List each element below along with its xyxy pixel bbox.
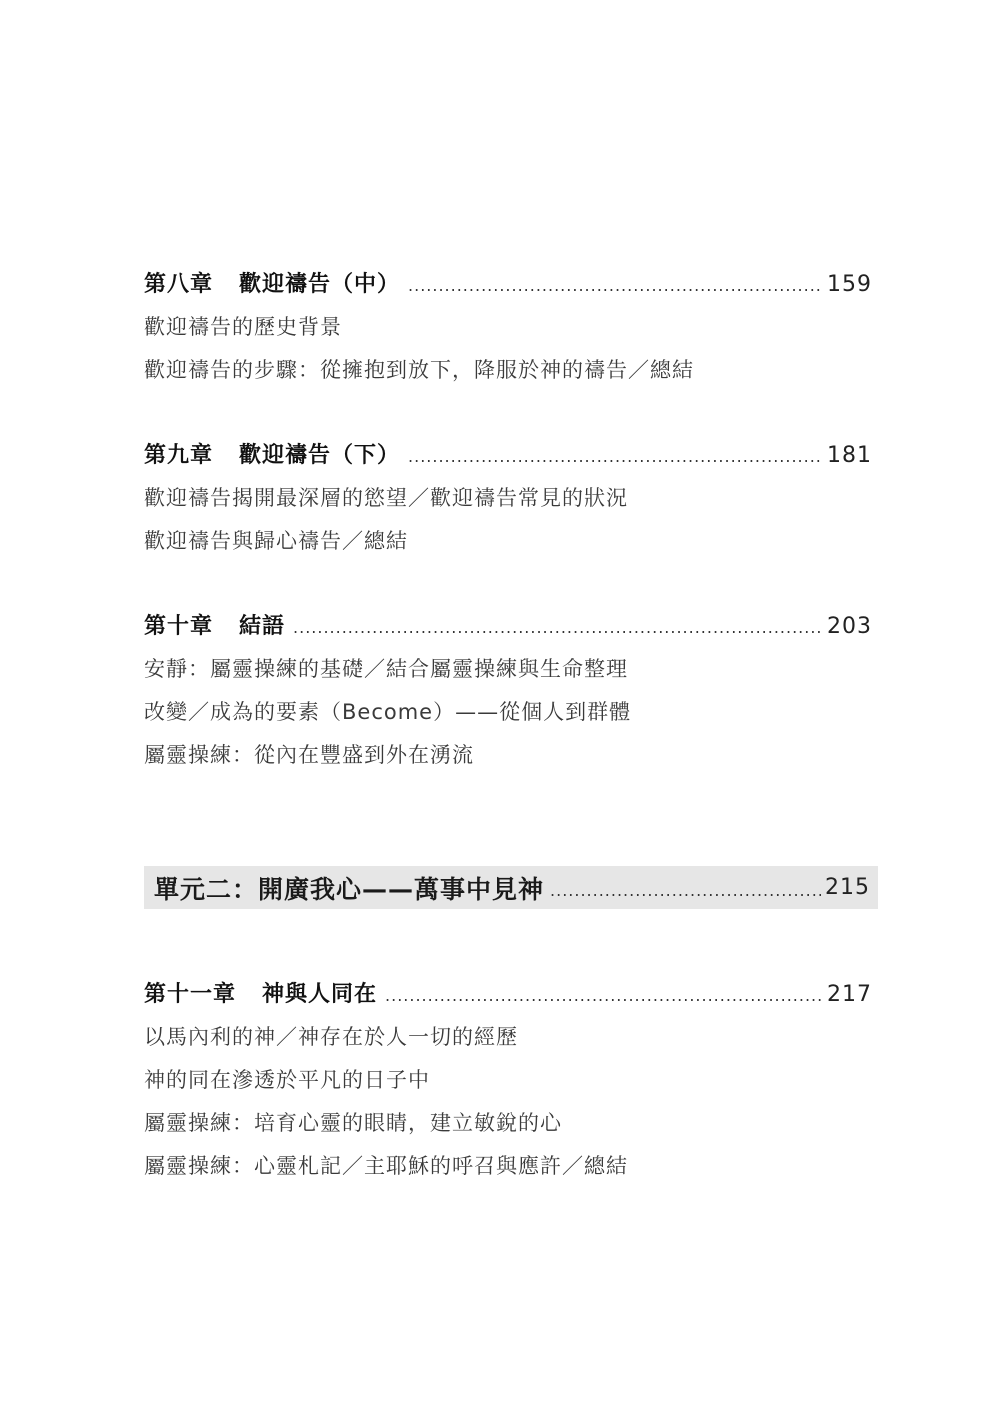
chapter-number: 第九章 — [144, 441, 213, 471]
dot-leader — [408, 271, 821, 301]
section-entry: 屬靈操練：培育心靈的眼睛，建立敏銳的心 — [144, 1102, 872, 1145]
toc-unit-banner[interactable]: 單元二：開廣我心——萬事中見神 215 — [144, 866, 878, 909]
section-entry: 以馬內利的神／神存在於人一切的經歷 — [144, 1016, 872, 1059]
toc-chapter-8: 第八章 歡迎禱告（中） 159 歡迎禱告的歷史背景 歡迎禱告的步驟：從擁抱到放下… — [144, 270, 872, 392]
section-entry: 屬靈操練：心靈札記／主耶穌的呼召與應許／總結 — [144, 1145, 872, 1188]
section-entry: 歡迎禱告與歸心禱告／總結 — [144, 520, 872, 563]
section-entry: 歡迎禱告的步驟：從擁抱到放下，降服於神的禱告／總結 — [144, 349, 872, 392]
chapter-number: 第八章 — [144, 270, 213, 300]
chapter-number: 第十章 — [144, 612, 213, 642]
chapter-page-number: 181 — [827, 441, 872, 471]
toc-chapter-10: 第十章 結語 203 安靜：屬靈操練的基礎／結合屬靈操練與生命整理 改變／成為的… — [144, 612, 872, 777]
section-entry: 改變／成為的要素（Become）——從個人到群體 — [144, 691, 872, 734]
chapter-title: 結語 — [239, 612, 285, 642]
toc-chapter-heading[interactable]: 第九章 歡迎禱告（下） 181 — [144, 441, 872, 471]
section-entry: 歡迎禱告揭開最深層的慾望／歡迎禱告常見的狀況 — [144, 477, 872, 520]
toc-chapter-heading[interactable]: 第十章 結語 203 — [144, 612, 872, 642]
chapter-sections: 歡迎禱告揭開最深層的慾望／歡迎禱告常見的狀況 歡迎禱告與歸心禱告／總結 — [144, 477, 872, 563]
chapter-sections: 以馬內利的神／神存在於人一切的經歷 神的同在滲透於平凡的日子中 屬靈操練：培育心… — [144, 1016, 872, 1188]
chapter-sections: 安靜：屬靈操練的基礎／結合屬靈操練與生命整理 改變／成為的要素（Become）—… — [144, 648, 872, 777]
chapter-title: 歡迎禱告（中） — [239, 270, 400, 300]
chapter-sections: 歡迎禱告的歷史背景 歡迎禱告的步驟：從擁抱到放下，降服於神的禱告／總結 — [144, 306, 872, 392]
toc-chapter-heading[interactable]: 第十一章 神與人同在 217 — [144, 980, 872, 1010]
toc-chapter-heading[interactable]: 第八章 歡迎禱告（中） 159 — [144, 270, 872, 300]
section-entry: 神的同在滲透於平凡的日子中 — [144, 1059, 872, 1102]
unit-title: 單元二：開廣我心——萬事中見神 — [154, 870, 544, 906]
chapter-page-number: 217 — [827, 980, 872, 1010]
section-entry: 屬靈操練：從內在豐盛到外在湧流 — [144, 734, 872, 777]
chapter-page-number: 159 — [827, 270, 872, 300]
section-entry: 歡迎禱告的歷史背景 — [144, 306, 872, 349]
chapter-title: 神與人同在 — [262, 980, 377, 1010]
chapter-number: 第十一章 — [144, 980, 236, 1010]
dot-leader — [293, 613, 821, 643]
dot-leader — [550, 881, 821, 900]
chapter-page-number: 203 — [827, 612, 872, 642]
chapter-title: 歡迎禱告（下） — [239, 441, 400, 471]
section-entry: 安靜：屬靈操練的基礎／結合屬靈操練與生命整理 — [144, 648, 872, 691]
dot-leader — [385, 981, 821, 1011]
unit-page-number: 215 — [825, 875, 870, 900]
toc-chapter-11: 第十一章 神與人同在 217 以馬內利的神／神存在於人一切的經歷 神的同在滲透於… — [144, 980, 872, 1188]
toc-chapter-9: 第九章 歡迎禱告（下） 181 歡迎禱告揭開最深層的慾望／歡迎禱告常見的狀況 歡… — [144, 441, 872, 563]
table-of-contents-page: 第八章 歡迎禱告（中） 159 歡迎禱告的歷史背景 歡迎禱告的步驟：從擁抱到放下… — [0, 0, 1000, 1404]
dot-leader — [408, 442, 821, 472]
